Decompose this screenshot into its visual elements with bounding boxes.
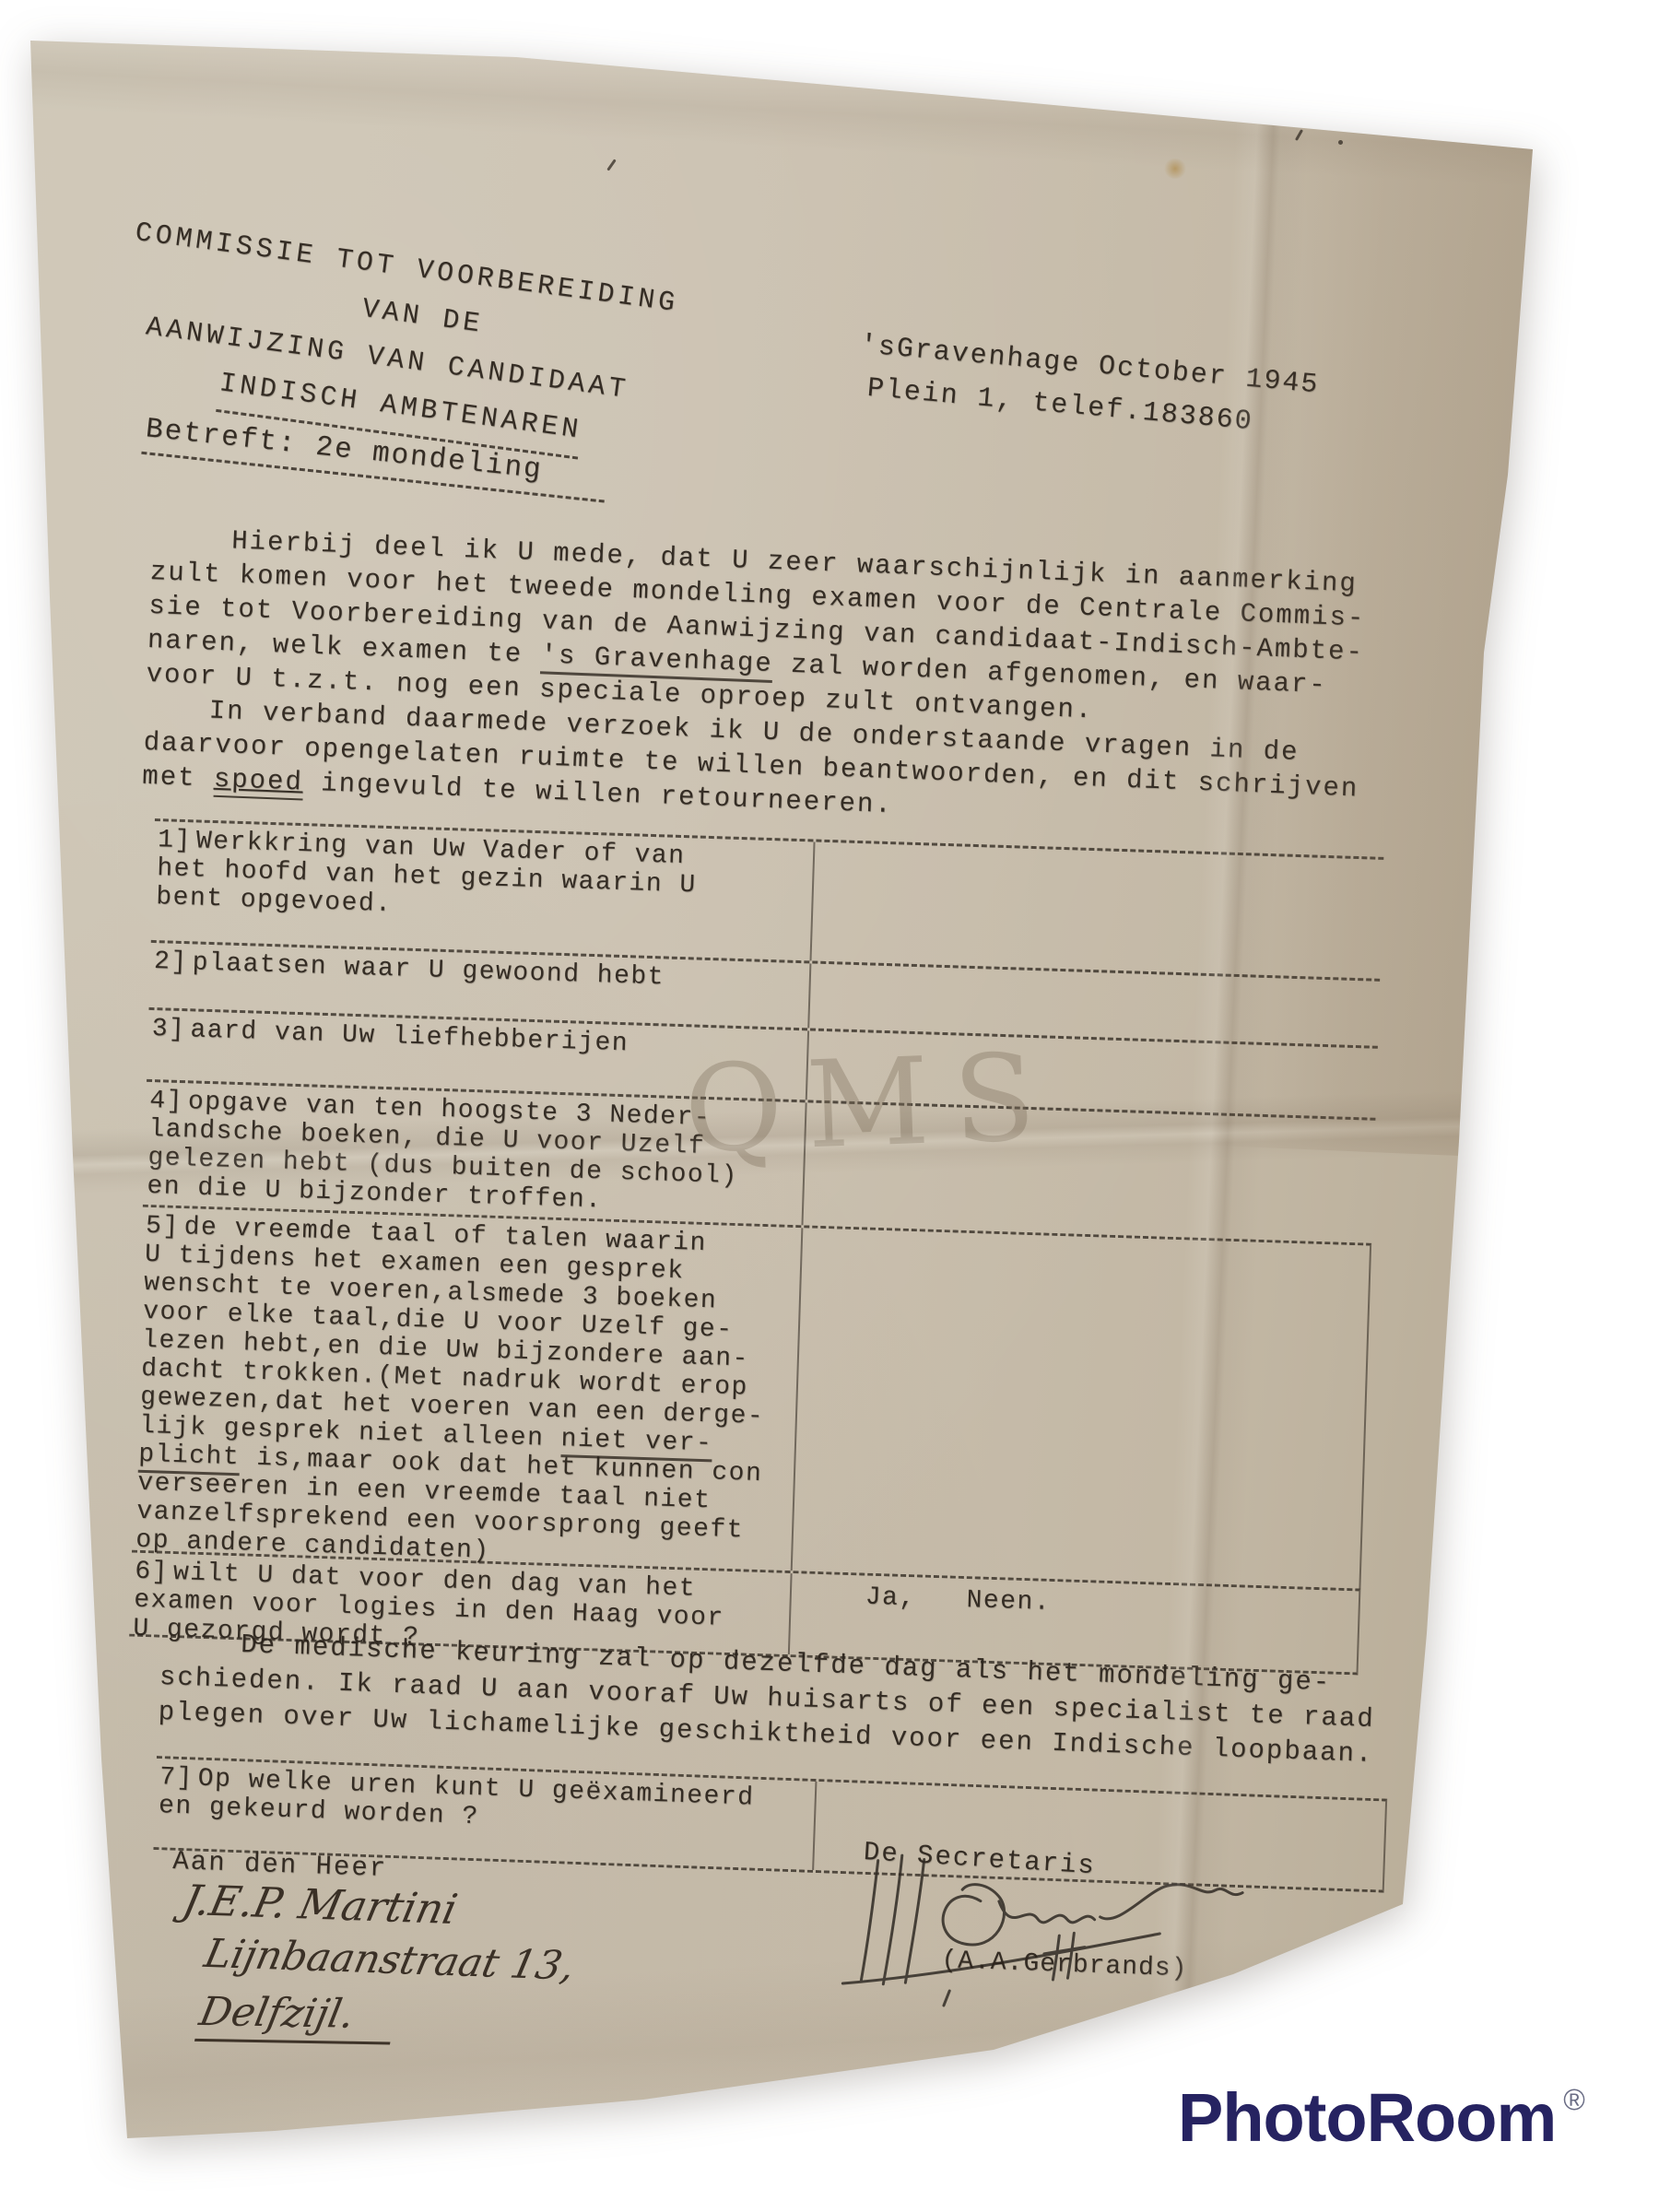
- top-fold-crease: [18, 25, 1540, 187]
- question-cell: 5]de vreemde taal of talen waarin U tijd…: [132, 1207, 803, 1571]
- handwritten-addressee-city: Delfzijl.: [195, 1989, 399, 2039]
- dateline: 'sGravenhage October 1945 Plein 1, telef…: [854, 324, 1321, 449]
- paper-stain: [1163, 159, 1187, 179]
- ink-mark: [1338, 140, 1343, 145]
- handwritten-addressee-name: J.E.P. Martini: [179, 1876, 462, 1934]
- photoroom-wordmark: PhotoRoom: [1178, 2081, 1556, 2155]
- paper-shadow: COMMISSIE TOT VOORBEREIDING VAN DE AANWI…: [0, 0, 1659, 2212]
- photoroom-logo: PhotoRoom ®: [1178, 2081, 1585, 2155]
- question-lines: U tijdens het examen een gesprekwenscht …: [135, 1241, 793, 1575]
- qms-watermark: QMS: [682, 1027, 1062, 1180]
- gerbrands-signature: [841, 1843, 1286, 2017]
- letter-paper: COMMISSIE TOT VOORBEREIDING VAN DE AANWI…: [0, 0, 1659, 2212]
- handwritten-addressee-street: Lijnbaanstraat 13,: [200, 1931, 579, 1990]
- answer-cell: [812, 842, 1384, 979]
- question-row-5: 5]de vreemde taal of talen waarin U tijd…: [132, 1205, 1371, 1589]
- question-cell: 1]Werkkring van Uw Vader of van het hoof…: [151, 821, 816, 960]
- intro-paragraph: Hierbij deel ik U mede, dat U zeer waars…: [142, 521, 1405, 841]
- photo-canvas: COMMISSIE TOT VOORBEREIDING VAN DE AANWI…: [0, 0, 1659, 2212]
- answer-cell: [793, 1228, 1370, 1588]
- ink-mark: [606, 159, 616, 171]
- registered-trademark-icon: ®: [1563, 2083, 1585, 2117]
- ink-mark: [1295, 129, 1303, 141]
- question-table: 1]Werkkring van Uw Vader of van het hoof…: [129, 818, 1383, 1675]
